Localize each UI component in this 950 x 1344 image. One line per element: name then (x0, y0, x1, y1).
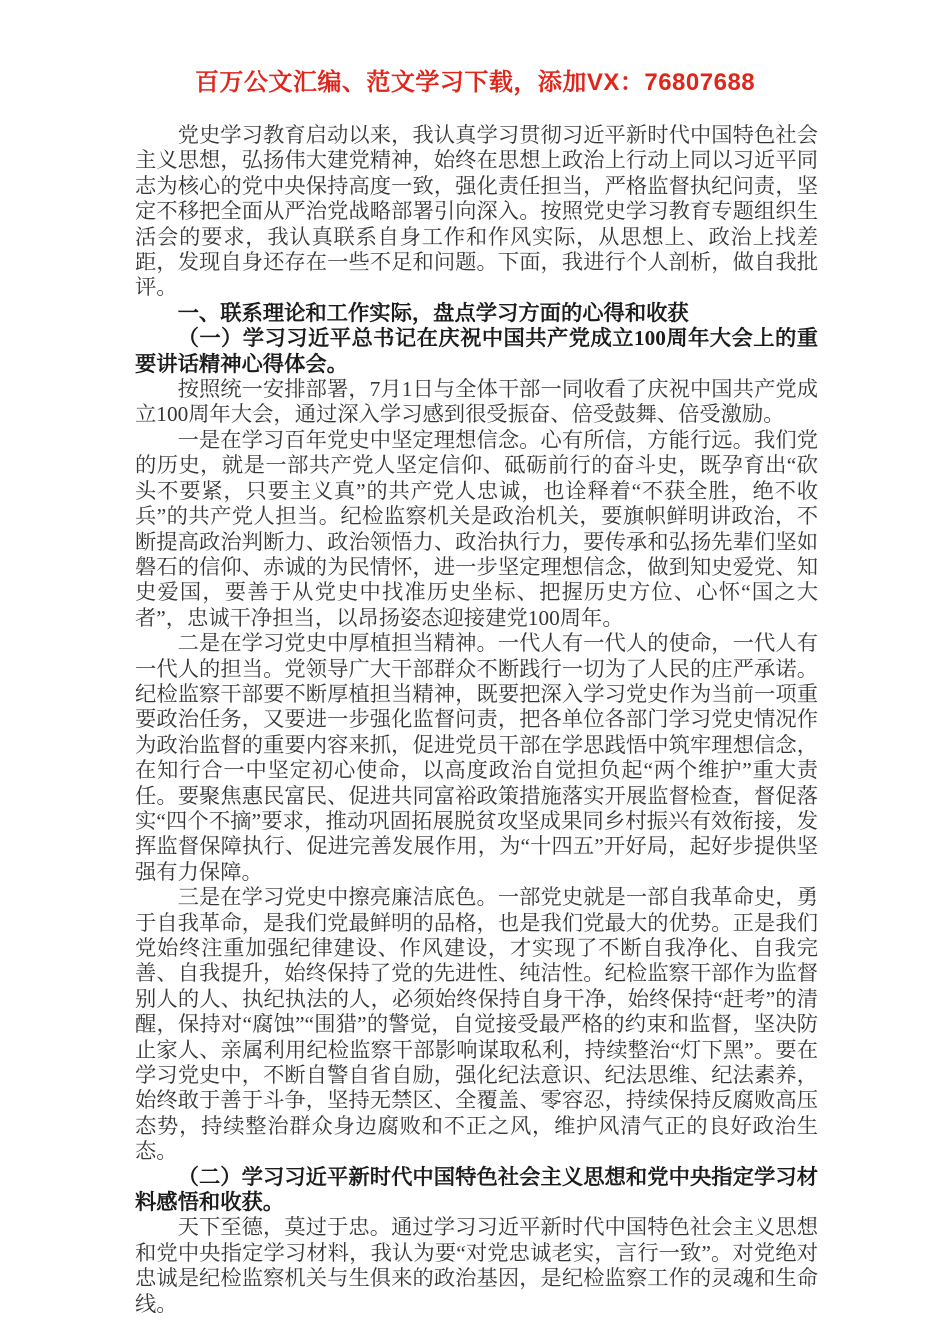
promo-header-text: 百万公文汇编、范文学习下载，添加VX：76807688 (0, 67, 950, 99)
paragraph-first-point: 一是在学习百年党史中坚定理想信念。心有所信，方能行远。我们党的历史，就是一部共产… (135, 428, 818, 631)
paragraph-intro: 党史学习教育启动以来，我认真学习贯彻习近平新时代中国特色社会主义思想，弘扬伟大建… (135, 123, 818, 301)
document-page: 百万公文汇编、范文学习下载，添加VX：76807688 党史学习教育启动以来，我… (0, 0, 950, 1344)
paragraph-third-point: 三是在学习党史中擦亮廉洁底色。一部党史就是一部自我革命史，勇于自我革命，是我们党… (135, 885, 818, 1164)
subsection-heading-two: （二）学习习近平新时代中国特色社会主义思想和党中央指定学习材料感悟和收获。 (135, 1165, 818, 1216)
subsection-heading-one: （一）学习习近平总书记在庆祝中国共产党成立100周年大会上的重要讲话精神心得体会… (135, 326, 818, 377)
paragraph-second-point: 二是在学习党史中厚植担当精神。一代人有一代人的使命，一代人有一代人的担当。党领导… (135, 631, 818, 885)
paragraph-loyalty: 天下至德，莫过于忠。通过学习习近平新时代中国特色社会主义思想和党中央指定学习材料… (135, 1215, 818, 1317)
section-heading-one: 一、联系理论和工作实际，盘点学习方面的心得和收获 (135, 301, 818, 326)
document-body: 党史学习教育启动以来，我认真学习贯彻习近平新时代中国特色社会主义思想，弘扬伟大建… (135, 123, 818, 1317)
paragraph-anpai-bushu: 按照统一安排部署，7月1日与全体干部一同收看了庆祝中国共产党成立100周年大会，… (135, 377, 818, 428)
